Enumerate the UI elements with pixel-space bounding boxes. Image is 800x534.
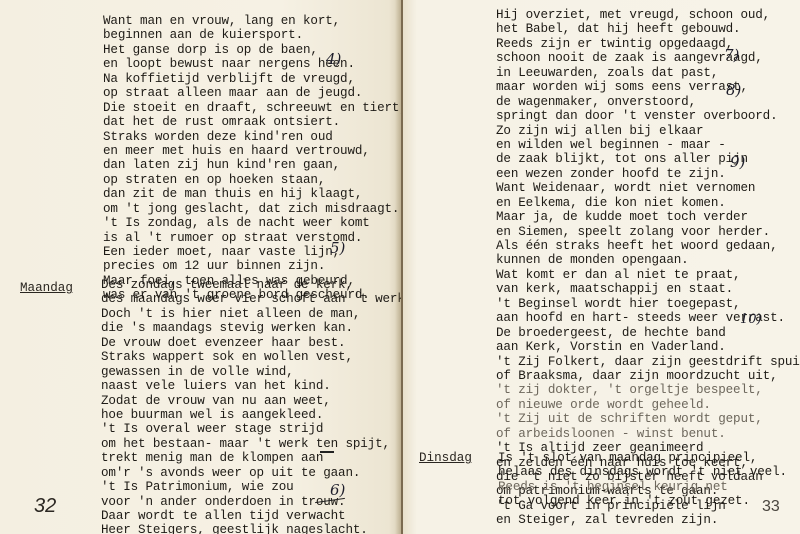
stanza-continued: Hij overziet, met vreugd, schoon oud,het…: [496, 8, 800, 528]
poem-line: des maandags weer vier schoft aan 't wer…: [101, 292, 401, 306]
poem-line: voor 'n ander onderdoen in trouw.: [101, 495, 401, 509]
poem-line: of nieuwe orde wordt geheeld.: [496, 398, 800, 412]
poem-line: naast vele luiers van het kind.: [101, 379, 401, 393]
poem-line: Het ganse dorp is op de baen,: [103, 43, 401, 57]
poem-line: en loopt bewust naar nergens heen.: [103, 57, 401, 71]
poem-line: trekt menig man de klompen aan: [101, 451, 401, 465]
poem-line: kunnen de monden opengaan.: [496, 253, 800, 267]
poem-line: of arbeidsloonen - winst benut.: [496, 427, 800, 441]
poem-line: 't Is zondag, als de nacht weer komt: [103, 216, 401, 230]
poem-line: is al 't rumoer op straat verstomd.: [103, 231, 401, 245]
left-page: Want man en vrouw, lang en kort,beginnen…: [0, 0, 401, 534]
poem-line: Is 't slot van maandag principieel,: [498, 451, 787, 465]
poem-line: 't zij dokter, 't orgeltje bespeelt,: [496, 383, 800, 397]
poem-line: schoon nooit de zaak is aangevraagd,: [496, 51, 800, 65]
poem-line: Zodat de vrouw van nu aan weet,: [101, 394, 401, 408]
poem-line: Want Weidenaar, wordt niet vernomen: [496, 181, 800, 195]
poem-line: Heer Steigers, geestlijk nageslacht.: [101, 523, 401, 534]
poem-line: tot volgend keer in 't zout gezet.: [498, 494, 787, 508]
poem-line: om het bestaan- maar 't werk ten spijt,: [101, 437, 401, 451]
poem-line: op straten en op hoeken staan,: [103, 173, 401, 187]
stanza-maandag: Des zondags tweemaal naar de kerk,des ma…: [101, 278, 401, 534]
book-spine: [401, 0, 403, 534]
poem-line: om 't jong geslacht, dat zich misdraagt.: [103, 202, 401, 216]
margin-mark-4: 4): [326, 50, 341, 68]
poem-line: een wezen zonder hoofd te zijn.: [496, 167, 800, 181]
poem-line: helaas des dinsdags wordt 't niet veel.: [498, 465, 787, 479]
poem-line: De broedergeest, de hechte band: [496, 326, 800, 340]
margin-mark-8: 8): [726, 81, 741, 99]
poem-line: 't Beginsel wordt hier toegepast,: [496, 297, 800, 311]
poem-line: het Babel, dat hij heeft gebouwd.: [496, 22, 800, 36]
poem-line: Want man en vrouw, lang en kort,: [103, 14, 401, 28]
poem-line: hoe buurman wel is aangekleed.: [101, 408, 401, 422]
poem-line: Zo zijn wij allen bij elkaar: [496, 124, 800, 138]
poem-line: dat het de rust omraak ontsiert.: [103, 115, 401, 129]
poem-line: van kerk, maatschappij en staat.: [496, 282, 800, 296]
poem-line: de wagenmaker, onverstoord,: [496, 95, 800, 109]
poem-line: Na koffietijd verblijft de vreugd,: [103, 72, 401, 86]
poem-line: en meer met huis en haard vertrouwd,: [103, 144, 401, 158]
poem-line: en wilden wel beginnen - maar -: [496, 138, 800, 152]
poem-line: precies om 12 uur binnen zijn.: [103, 259, 401, 273]
poem-line: Wat komt er dan al niet te praat,: [496, 268, 800, 282]
margin-mark-6: 6): [330, 481, 345, 499]
poem-line: Doch 't is hier niet alleen de man,: [101, 307, 401, 321]
margin-mark-7: 7): [724, 46, 739, 64]
section-label-dinsdag: Dinsdag: [419, 451, 472, 465]
stanza-intro: Want man en vrouw, lang en kort,beginnen…: [103, 14, 401, 303]
poem-line: maar worden wij soms eens verrast,: [496, 80, 800, 94]
poem-line: Straks worden deze kind'ren oud: [103, 130, 401, 144]
section-label-maandag: Maandag: [20, 281, 73, 295]
margin-dash: [320, 451, 334, 453]
book-spread: Want man en vrouw, lang en kort,beginnen…: [0, 0, 800, 534]
stanza-dinsdag: Is 't slot van maandag principieel,helaa…: [498, 451, 787, 509]
poem-line: Hij overziet, met vreugd, schoon oud,: [496, 8, 800, 22]
poem-line: dan laten zij hun kind'ren gaan,: [103, 158, 401, 172]
poem-line: op straat alleen maar aan de jeugd.: [103, 86, 401, 100]
poem-line: die 's maandags stevig werken kan.: [101, 321, 401, 335]
poem-line: aan Kerk, Vorstin en Vaderland.: [496, 340, 800, 354]
poem-line: Die stoeit en draaft, schreeuwt en tiert…: [103, 101, 401, 115]
margin-mark-5: 5): [330, 239, 345, 257]
poem-line: of Braaksma, daar zijn moordzucht uit,: [496, 369, 800, 383]
margin-mark-9: 9): [730, 153, 745, 171]
poem-line: en Siemen, speelt zolang voor herder.: [496, 225, 800, 239]
poem-line: dan zit de man thuis en hij klaagt,: [103, 187, 401, 201]
poem-line: om'r 's avonds weer op uit te gaan.: [101, 466, 401, 480]
poem-line: in Leeuwarden, zoals dat past,: [496, 66, 800, 80]
poem-line: Straks wappert sok en wollen vest,: [101, 350, 401, 364]
page-number-left: 32: [34, 495, 56, 518]
poem-line: Als één straks heeft het woord gedaan,: [496, 239, 800, 253]
poem-line: 't Is Patrimonium, wie zou: [101, 480, 401, 494]
poem-line: Daar wordt te allen tijd verwacht: [101, 509, 401, 523]
right-page: Hij overziet, met vreugd, schoon oud,het…: [401, 0, 800, 534]
poem-line: de zaak blijkt, tot ons aller pijn: [496, 152, 800, 166]
poem-line: Reeds zijn er twintig opgedaagd,: [496, 37, 800, 51]
poem-line: 't Is overal weer stage strijd: [101, 422, 401, 436]
poem-line: Een ieder moet, naar vaste lijn,: [103, 245, 401, 259]
poem-line: en Eelkema, die kon niet komen.: [496, 196, 800, 210]
poem-line: Des zondags tweemaal naar de kerk,: [101, 278, 401, 292]
poem-line: De vrouw doet evenzeer haar best.: [101, 336, 401, 350]
poem-line: gewassen in de volle wind,: [101, 365, 401, 379]
poem-line: beginnen aan de kuiersport.: [103, 28, 401, 42]
poem-line: Reeds is 't beginsel keurig net: [498, 480, 787, 494]
margin-mark-10: 10): [740, 312, 762, 327]
poem-line: en Steiger, zal tevreden zijn.: [496, 513, 800, 527]
poem-line: 't Zij uit de schriften wordt geput,: [496, 412, 800, 426]
page-number-right: 33: [762, 498, 780, 516]
poem-line: springt dan door 't venster overboord.: [496, 109, 800, 123]
poem-line: Maar ja, de kudde moet toch verder: [496, 210, 800, 224]
poem-line: 't Zij Folkert, daar zijn geestdrift spu…: [496, 355, 800, 369]
